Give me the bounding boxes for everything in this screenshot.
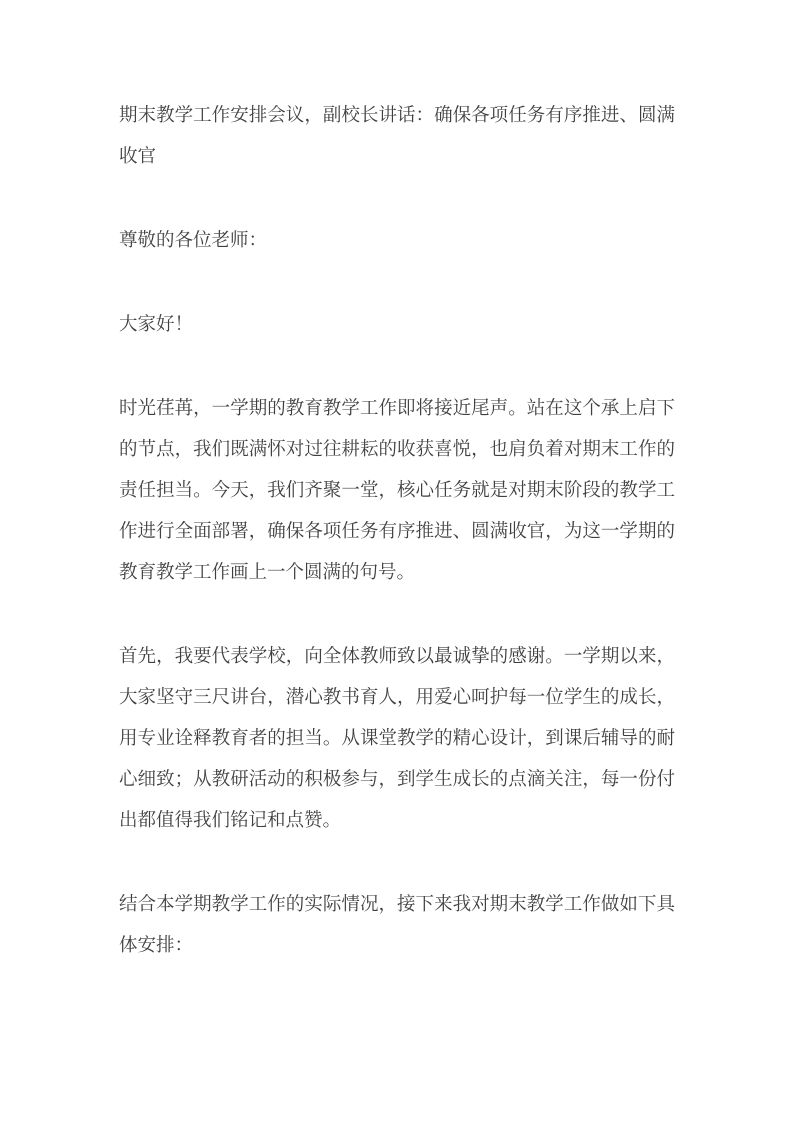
paragraph-4: 首先，我要代表学校，向全体教师致以最诚挚的感谢。一学期以来，大家坚守三尺讲台，潜… [119, 637, 675, 842]
paragraph-5: 结合本学期教学工作的实际情况，接下来我对期末教学工作做如下具体安排： [119, 885, 675, 967]
paragraph-3: 时光荏苒，一学期的教育教学工作即将接近尾声。站在这个承上启下的节点，我们既满怀对… [119, 389, 675, 594]
paragraph-1: 尊敬的各位老师： [119, 221, 675, 262]
paragraph-2: 大家好！ [119, 305, 675, 346]
document-body: 尊敬的各位老师：大家好！时光荏苒，一学期的教育教学工作即将接近尾声。站在这个承上… [119, 221, 675, 967]
document-title: 期末教学工作安排会议，副校长讲话：确保各项任务有序推进、圆满收官 [119, 96, 675, 178]
document-page: 期末教学工作安排会议，副校长讲话：确保各项任务有序推进、圆满收官 尊敬的各位老师… [0, 0, 793, 1122]
